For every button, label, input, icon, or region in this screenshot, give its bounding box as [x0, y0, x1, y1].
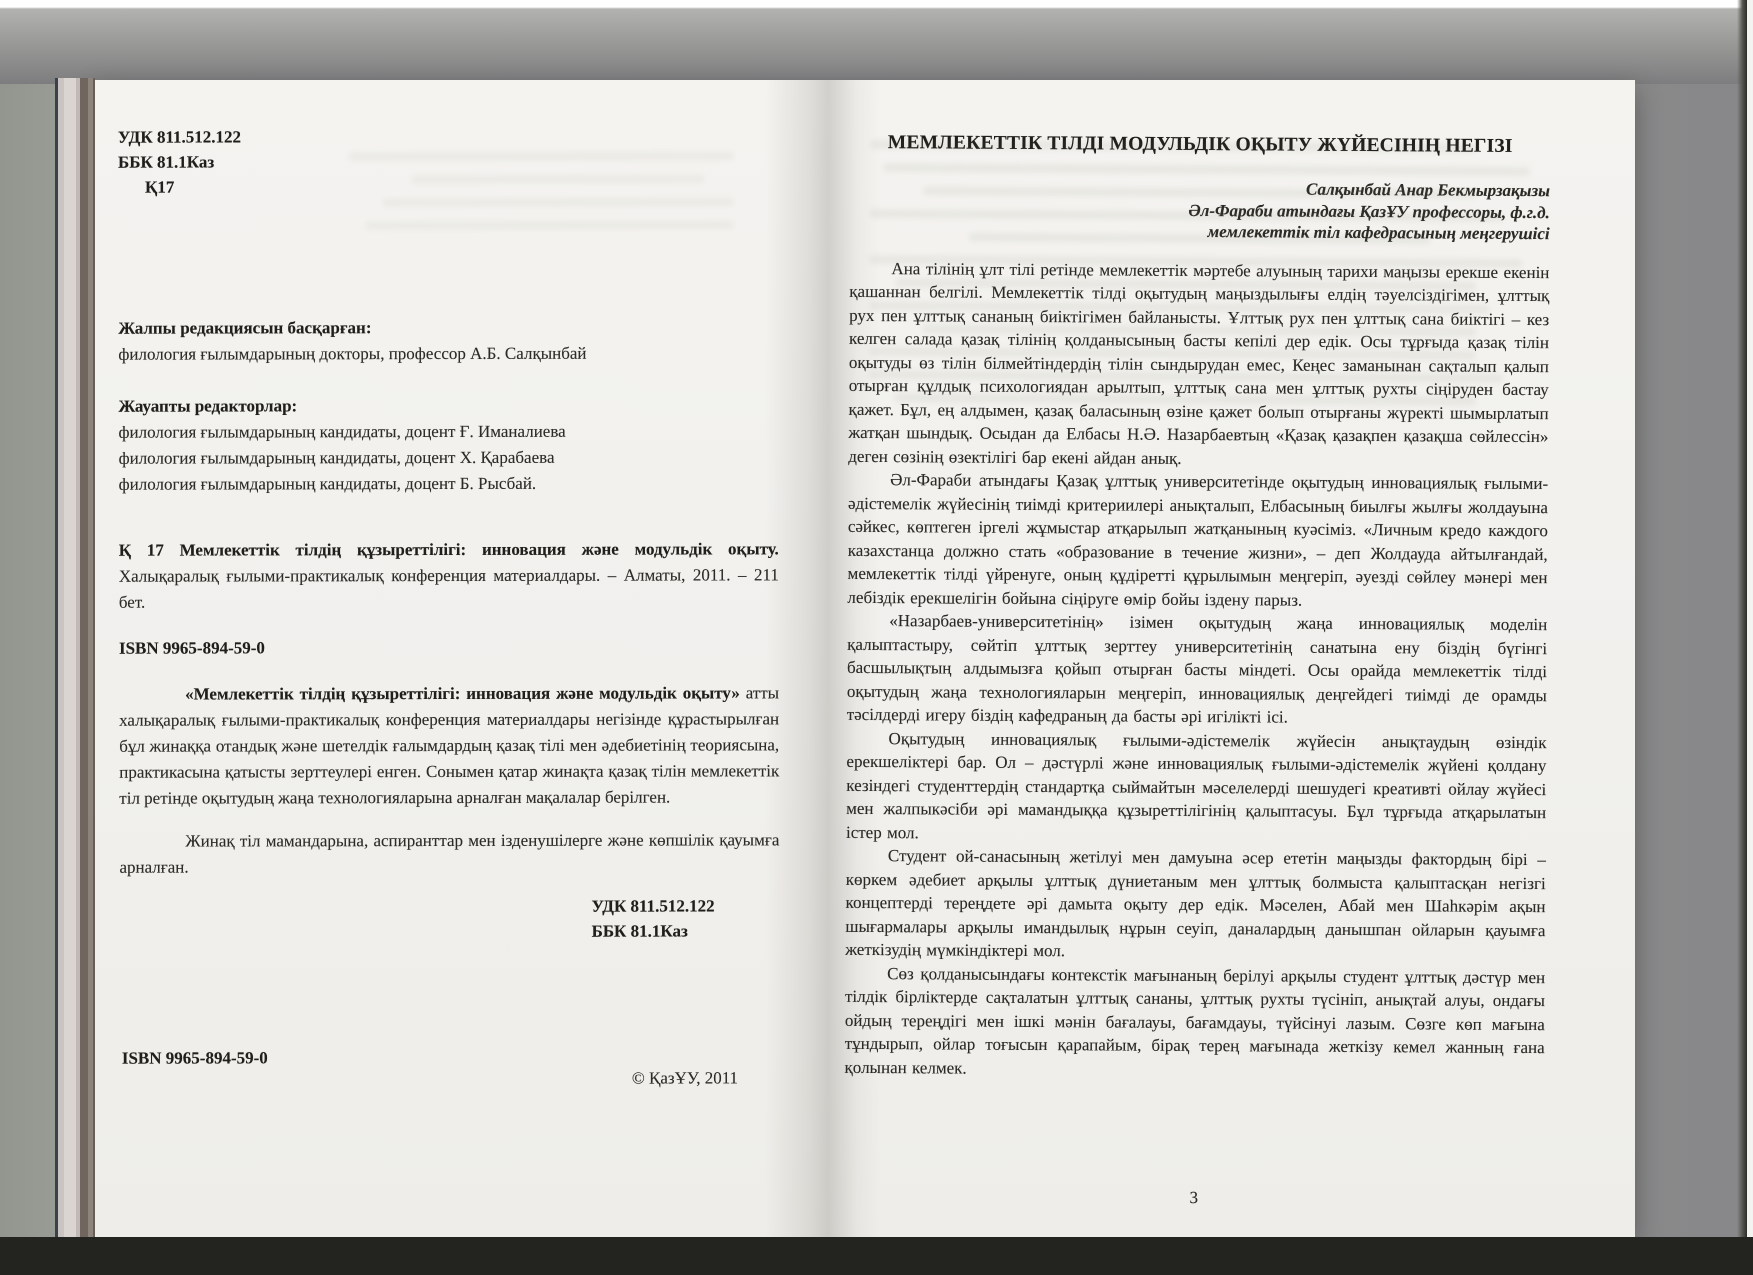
page-right-article: МЕМЛЕКЕТТІК ТІЛДІ МОДУЛЬДІК ОҚЫТУ ЖҮЙЕСІ…	[844, 122, 1551, 1221]
bbk-line: ББК 81.1Каз	[118, 148, 778, 174]
annotation-audience: Жинақ тіл мамандарына, аспиранттар мен і…	[119, 827, 779, 880]
udc-line: УДК 811.512.122	[118, 123, 778, 149]
copyright-line: © ҚазҰУ, 2011	[632, 1065, 738, 1091]
article-paragraph: Әл-Фараби атындағы Қазақ ұлттық универси…	[847, 468, 1548, 613]
book-spread: УДК 811.512.122 ББК 81.1Каз Қ17 Жалпы ре…	[95, 80, 1635, 1238]
page-stack-edge	[55, 78, 95, 1259]
catalog-entry: Қ 17 Мемлекеттік тілдің құзыреттілігі: и…	[119, 536, 779, 615]
general-editor-line: филология ғылымдарының докторы, профессо…	[118, 340, 778, 367]
article-paragraph: Студент ой-санасының жетілуі мен дамуына…	[845, 844, 1546, 966]
catalog-entry-title: Қ 17 Мемлекеттік тілдің құзыреттілігі: и…	[119, 539, 779, 559]
author-byline: Салқынбай Анар Бекмырзақызы Әл-Фараби ат…	[850, 176, 1550, 245]
annotation-title: «Мемлекеттік тілдің құзыреттілігі: иннов…	[185, 683, 740, 703]
scanner-strip-top	[0, 0, 1753, 84]
isbn-number: ISBN 9965-894-59-0	[119, 634, 779, 661]
responsible-editor-line: филология ғылымдарының кандидаты, доцент…	[119, 444, 779, 471]
responsible-editor-line: филология ғылымдарының кандидаты, доцент…	[119, 470, 779, 497]
udc-block: УДК 811.512.122 ББК 81.1Каз Қ17	[118, 123, 778, 199]
page-left-imprint: УДК 811.512.122 ББК 81.1Каз Қ17 Жалпы ре…	[118, 123, 780, 1199]
scanner-edge-white	[1747, 0, 1753, 1275]
article-paragraph: Оқытудың инновациялық ғылыми-әдістемелік…	[846, 726, 1547, 848]
page-number: 3	[844, 1184, 1544, 1212]
scanner-background: УДК 811.512.122 ББК 81.1Каз Қ17 Жалпы ре…	[0, 0, 1753, 1275]
general-editor-heading: Жалпы редакциясын басқарған:	[118, 314, 778, 341]
author-position: мемлекеттік тіл кафедрасының меңгерушісі	[850, 219, 1550, 245]
catalog-code: Қ17	[118, 173, 778, 199]
isbn-number-bottom: ISBN 9965-894-59-0	[122, 1045, 268, 1071]
article-title: МЕМЛЕКЕТТІК ТІЛДІ МОДУЛЬДІК ОҚЫТУ ЖҮЙЕСІ…	[850, 130, 1550, 160]
bbk-line: ББК 81.1Каз	[592, 918, 780, 943]
catalog-entry-details: Халықаралық ғылыми-практикалық конференц…	[119, 565, 779, 611]
article-paragraph: Ана тілінің ұлт тілі ретінде мемлекеттік…	[848, 256, 1549, 472]
scanner-strip-bottom	[0, 1237, 1753, 1275]
annotation-paragraph: «Мемлекеттік тілдің құзыреттілігі: иннов…	[119, 680, 779, 811]
udc-line: УДК 811.512.122	[591, 893, 779, 918]
udc-bottom-block: УДК 811.512.122 ББК 81.1Каз	[591, 893, 779, 943]
responsible-editor-line: филология ғылымдарының кандидаты, доцент…	[118, 418, 778, 445]
responsible-editors-heading: Жауапты редакторлар:	[118, 392, 778, 419]
article-paragraph: Сөз қолданысындағы контекстік мағынаның …	[845, 961, 1546, 1083]
scanner-edge-line	[1737, 0, 1747, 1275]
article-paragraph: «Назарбаев-университетінің» ізімен оқыту…	[847, 609, 1548, 731]
